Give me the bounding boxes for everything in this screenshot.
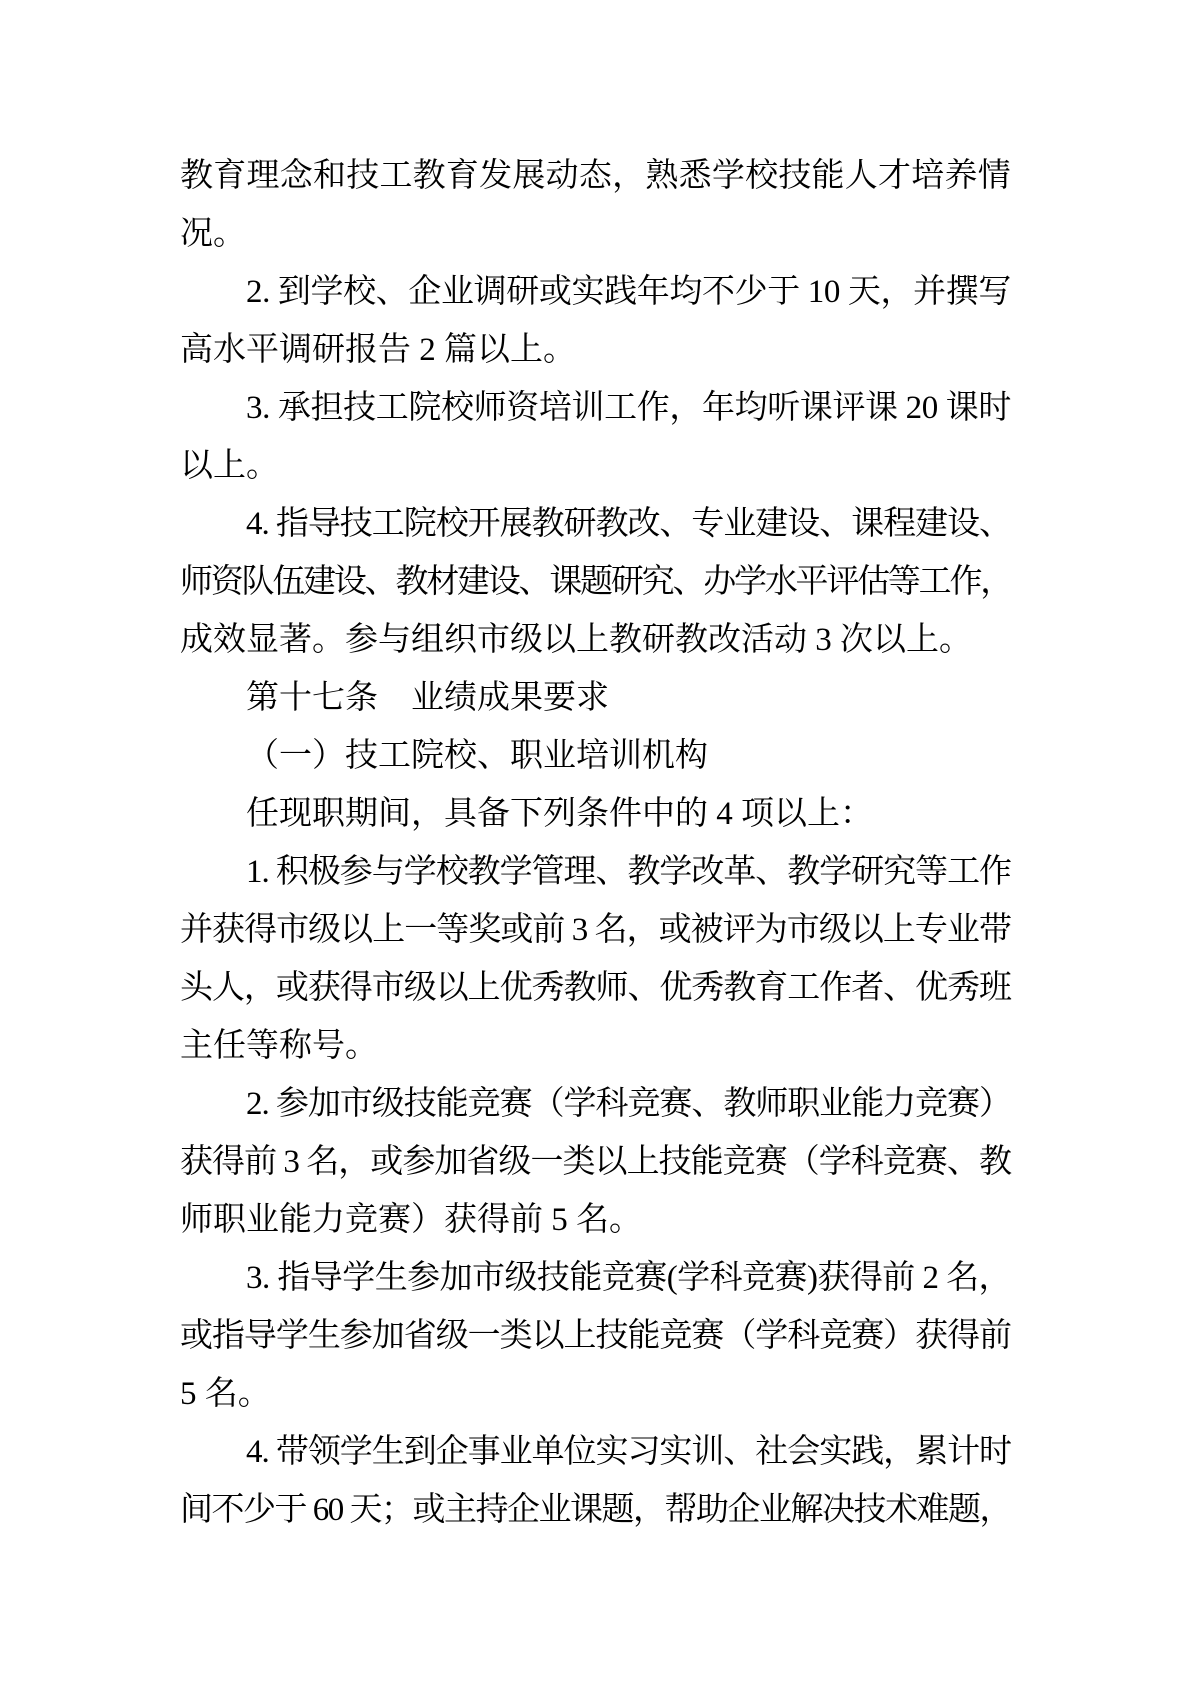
text-line: 或指导学生参加省级一类以上技能竞赛（学科竞赛）获得前 [180, 1307, 1011, 1365]
text-line: 并获得市级以上一等奖或前 3 名，或被评为市级以上专业带 [180, 901, 1011, 959]
text-line: 高水平调研报告 2 篇以上。 [180, 321, 1011, 379]
text-line: 任现职期间，具备下列条件中的 4 项以上： [180, 785, 1011, 843]
text-line: 2. 到学校、企业调研或实践年均不少于 10 天，并撰写 [180, 263, 1011, 321]
text-line: 教育理念和技工教育发展动态，熟悉学校技能人才培养情 [180, 147, 1011, 205]
text-line: 4. 带领学生到企事业单位实习实训、社会实践，累计时 [180, 1423, 1011, 1481]
text-line: 1. 积极参与学校教学管理、教学改革、教学研究等工作 [180, 843, 1011, 901]
text-line: 以上。 [180, 437, 1011, 495]
text-line: （一）技工院校、职业培训机构 [180, 727, 1011, 785]
text-line: 况。 [180, 205, 1011, 263]
text-line: 第十七条 业绩成果要求 [180, 669, 1011, 727]
text-line: 获得前 3 名，或参加省级一类以上技能竞赛（学科竞赛、教 [180, 1133, 1011, 1191]
text-line: 主任等称号。 [180, 1017, 1011, 1075]
text-line: 头人，或获得市级以上优秀教师、优秀教育工作者、优秀班 [180, 959, 1011, 1017]
text-line: 间不少于 60 天；或主持企业课题，帮助企业解决技术难题， [180, 1481, 1011, 1539]
text-line: 师资队伍建设、教材建设、课题研究、办学水平评估等工作， [180, 553, 1011, 611]
text-line: 成效显著。参与组织市级以上教研教改活动 3 次以上。 [180, 611, 1011, 669]
text-line: 4. 指导技工院校开展教研教改、专业建设、课程建设、 [180, 495, 1011, 553]
text-line: 3. 承担技工院校师资培训工作，年均听课评课 20 课时 [180, 379, 1011, 437]
text-line: 3. 指导学生参加市级技能竞赛(学科竞赛)获得前 2 名， [180, 1249, 1011, 1307]
document-page: 教育理念和技工教育发展动态，熟悉学校技能人才培养情况。2. 到学校、企业调研或实… [0, 0, 1191, 1684]
text-line: 5 名。 [180, 1365, 1011, 1423]
text-line: 2. 参加市级技能竞赛（学科竞赛、教师职业能力竞赛） [180, 1075, 1011, 1133]
text-line: 师职业能力竞赛）获得前 5 名。 [180, 1191, 1011, 1249]
document-body: 教育理念和技工教育发展动态，熟悉学校技能人才培养情况。2. 到学校、企业调研或实… [180, 147, 1011, 1539]
